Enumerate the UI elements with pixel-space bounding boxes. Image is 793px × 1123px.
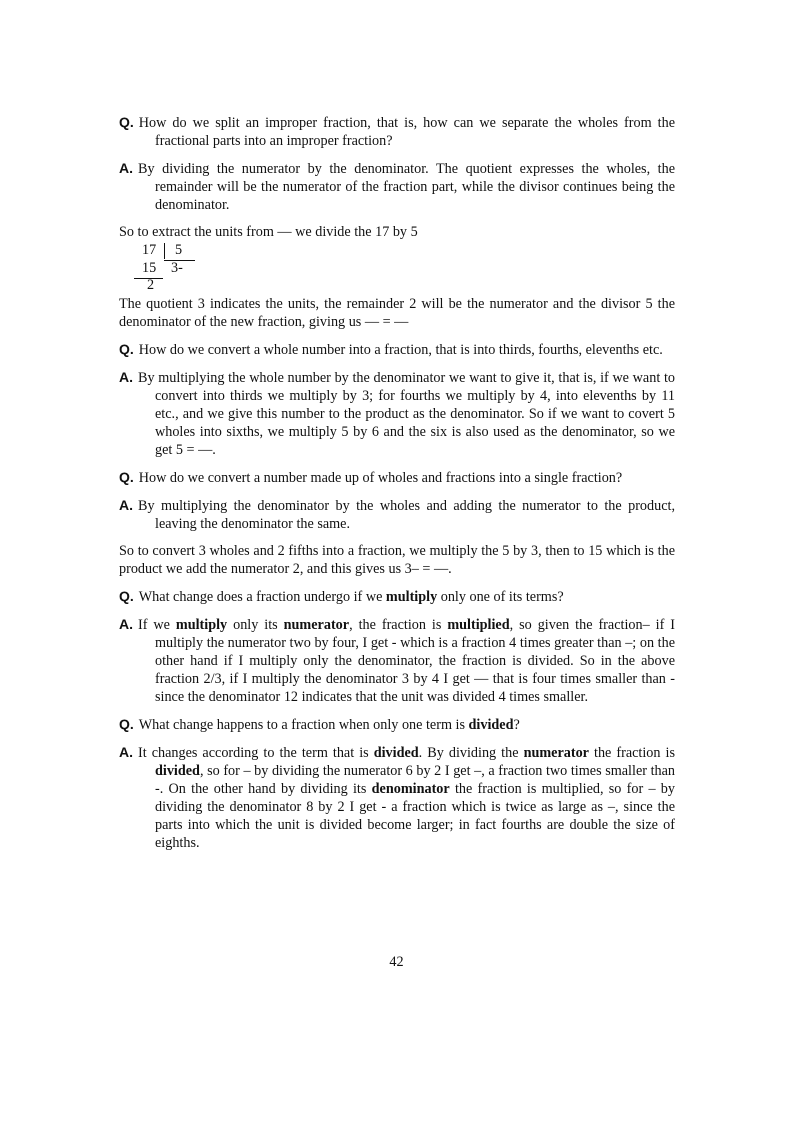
division-remainder: 2 [147, 276, 154, 294]
question-4: Q.What change does a fraction undergo if… [119, 587, 675, 606]
answer-label: A. [119, 615, 133, 633]
answer-text: only its [227, 617, 284, 633]
emphasis-multiplied: multiplied [447, 617, 509, 633]
paragraph-extract-units: So to extract the units from — we divide… [119, 223, 675, 241]
emphasis-numerator: numerator [524, 745, 589, 761]
answer-label: A. [119, 743, 133, 761]
question-text: How do we convert a whole number into a … [139, 342, 663, 358]
answer-text: It changes according to the term that is [138, 745, 374, 761]
emphasis-divided: divided [469, 717, 514, 733]
question-text: How do we split an improper fraction, th… [139, 115, 675, 149]
answer-text: If we [138, 617, 176, 633]
document-page: Q.How do we split an improper fraction, … [119, 113, 675, 861]
division-divisor: 5 [175, 241, 182, 259]
answer-label: A. [119, 159, 133, 177]
answer-text: By multiplying the whole number by the d… [138, 370, 675, 458]
emphasis-multiply: multiply [176, 617, 227, 633]
question-1: Q.How do we split an improper fraction, … [119, 113, 675, 150]
emphasis-divided: divided [155, 763, 200, 779]
question-text: only one of its terms? [437, 589, 563, 605]
question-label: Q. [119, 587, 134, 605]
question-text: What change does a fraction undergo if w… [139, 589, 386, 605]
emphasis-denominator: denominator [372, 781, 450, 797]
question-label: Q. [119, 340, 134, 358]
answer-label: A. [119, 368, 133, 386]
paragraph-convert-mixed: So to convert 3 wholes and 2 fifths into… [119, 542, 675, 578]
division-subtrahend: 15 [142, 259, 156, 277]
paragraph-quotient-explanation: The quotient 3 indicates the units, the … [119, 295, 675, 331]
division-vertical-bar [164, 243, 165, 259]
question-label: Q. [119, 113, 134, 131]
long-division: 17 5 15 3- 2 [119, 241, 675, 295]
answer-5: A.It changes according to the term that … [119, 743, 675, 852]
answer-text: By dividing the numerator by the denomin… [138, 161, 675, 213]
question-text: How do we convert a number made up of wh… [139, 470, 622, 486]
answer-text: the fraction is [589, 745, 675, 761]
question-label: Q. [119, 468, 134, 486]
answer-1: A.By dividing the numerator by the denom… [119, 159, 675, 214]
answer-4: A.If we multiply only its numerator, the… [119, 615, 675, 706]
answer-text: By multiplying the denominator by the wh… [138, 498, 675, 532]
question-label: Q. [119, 715, 134, 733]
question-2: Q.How do we convert a whole number into … [119, 340, 675, 359]
question-5: Q.What change happens to a fraction when… [119, 715, 675, 734]
question-text: What change happens to a fraction when o… [139, 717, 469, 733]
answer-text: , the fraction is [349, 617, 447, 633]
answer-2: A.By multiplying the whole number by the… [119, 368, 675, 459]
question-3: Q.How do we convert a number made up of … [119, 468, 675, 487]
answer-label: A. [119, 496, 133, 514]
emphasis-divided: divided [374, 745, 419, 761]
emphasis-multiply: multiply [386, 589, 437, 605]
emphasis-numerator: numerator [284, 617, 349, 633]
division-dividend: 17 [142, 241, 156, 259]
page-number: 42 [0, 954, 793, 971]
answer-3: A.By multiplying the denominator by the … [119, 496, 675, 533]
answer-text: . By dividing the [419, 745, 524, 761]
question-text: ? [513, 717, 519, 733]
division-quotient: 3- [171, 259, 183, 277]
